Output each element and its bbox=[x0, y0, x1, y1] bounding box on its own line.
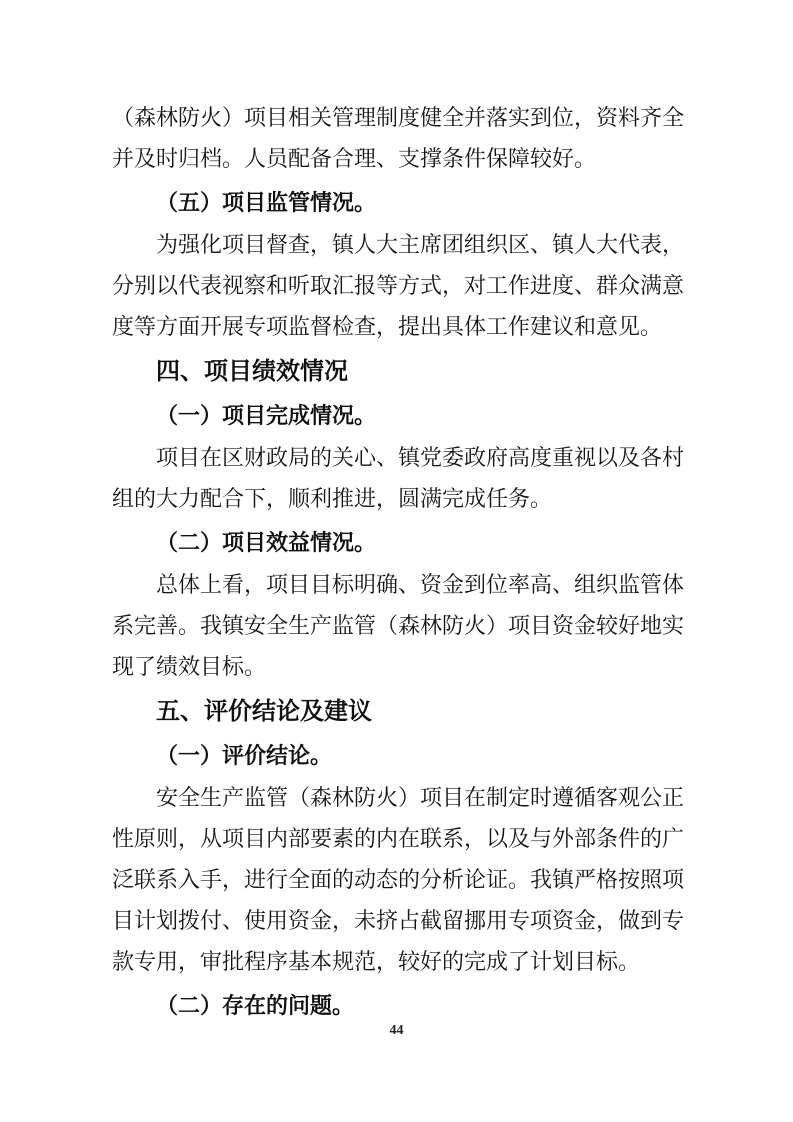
subsection-heading-evaluation-conclusion: （一）评价结论。 bbox=[112, 735, 684, 776]
page-number: 44 bbox=[0, 1022, 793, 1040]
subsection-heading-project-completion: （一）项目完成情况。 bbox=[112, 395, 684, 436]
paragraph: 为强化项目督查，镇人大主席团组织区、镇人大代表，分别以代表视察和听取汇报等方式，… bbox=[112, 224, 684, 347]
section-heading-project-performance: 四、项目绩效情况 bbox=[112, 351, 684, 392]
paragraph: 项目在区财政局的关心、镇党委政府高度重视以及各村组的大力配合下，顺利推进，圆满完… bbox=[112, 437, 684, 519]
paragraph: 安全生产监管（森林防火）项目在制定时遵循客观公正性原则，从项目内部要素的内在联系… bbox=[112, 777, 684, 982]
subsection-heading-project-benefit: （二）项目效益情况。 bbox=[112, 522, 684, 563]
paragraph: 总体上看，项目目标明确、资金到位率高、组织监管体系完善。我镇安全生产监管（森林防… bbox=[112, 564, 684, 687]
section-heading-conclusion-suggestions: 五、评价结论及建议 bbox=[112, 691, 684, 732]
document-page: （森林防火）项目相关管理制度健全并落实到位，资料齐全并及时归档。人员配备合理、支… bbox=[0, 0, 793, 1122]
subsection-heading-project-supervision: （五）项目监管情况。 bbox=[112, 182, 684, 223]
paragraph-continued: （森林防火）项目相关管理制度健全并落实到位，资料齐全并及时归档。人员配备合理、支… bbox=[112, 97, 684, 179]
subsection-heading-existing-problems: （二）存在的问题。 bbox=[112, 985, 684, 1026]
page-content: （森林防火）项目相关管理制度健全并落实到位，资料齐全并及时归档。人员配备合理、支… bbox=[112, 97, 684, 1027]
